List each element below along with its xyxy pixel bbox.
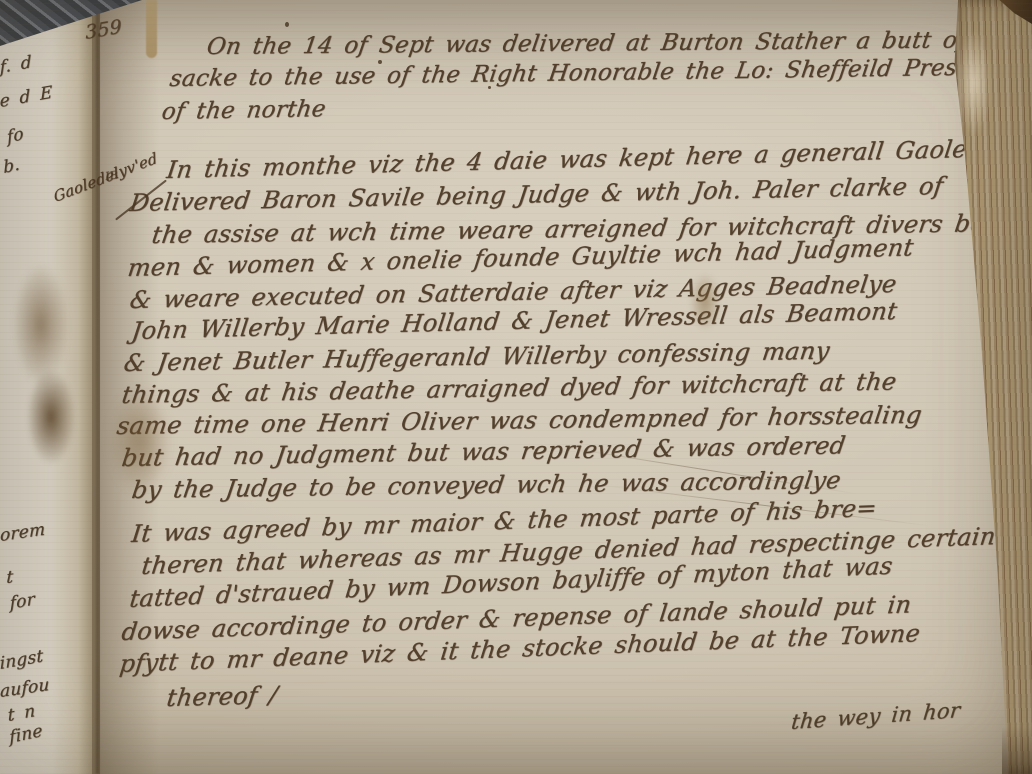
facing-page-text-fragment: f. d xyxy=(0,52,32,78)
facing-page-text-fragment: e d E xyxy=(0,82,53,112)
ink-dot xyxy=(378,60,382,64)
ink-dot xyxy=(836,42,839,45)
facing-page-text-fragment: for xyxy=(9,589,35,614)
ink-dot xyxy=(285,22,289,27)
gutter-crease xyxy=(96,0,99,774)
ink-dot xyxy=(488,86,491,89)
facing-page-edge: ger f. d e d E fo b. orem t for ingst au… xyxy=(0,0,100,774)
facing-page-text-fragment: ingst xyxy=(0,646,44,674)
fore-edge-highlight xyxy=(950,8,998,158)
manuscript-line: of the northe xyxy=(160,96,328,125)
facing-page-text-fragment: orem xyxy=(0,519,45,546)
manuscript-line: thereof / xyxy=(165,681,279,712)
manuscript-photo: ger f. d e d E fo b. orem t for ingst au… xyxy=(0,0,1032,774)
paper-stain-drip xyxy=(146,0,157,58)
facing-page-text-fragment: t xyxy=(6,567,14,588)
page-number: 359 xyxy=(84,15,122,44)
ink-stain xyxy=(18,352,84,482)
facing-page-text-fragment: fo xyxy=(6,124,25,148)
manuscript-line: sacke to the use of the Right Honorable … xyxy=(168,54,1020,92)
dark-bottom-right-corner xyxy=(1002,726,1032,774)
ink-stain xyxy=(2,240,80,410)
catchword-fragment: the wey in hor xyxy=(790,698,961,734)
facing-page-text-fragment: b. xyxy=(3,154,21,178)
facing-page-text-fragment: aufou xyxy=(0,675,50,702)
manuscript-line: On the 14 of Sept was delivered at Burto… xyxy=(205,27,968,60)
